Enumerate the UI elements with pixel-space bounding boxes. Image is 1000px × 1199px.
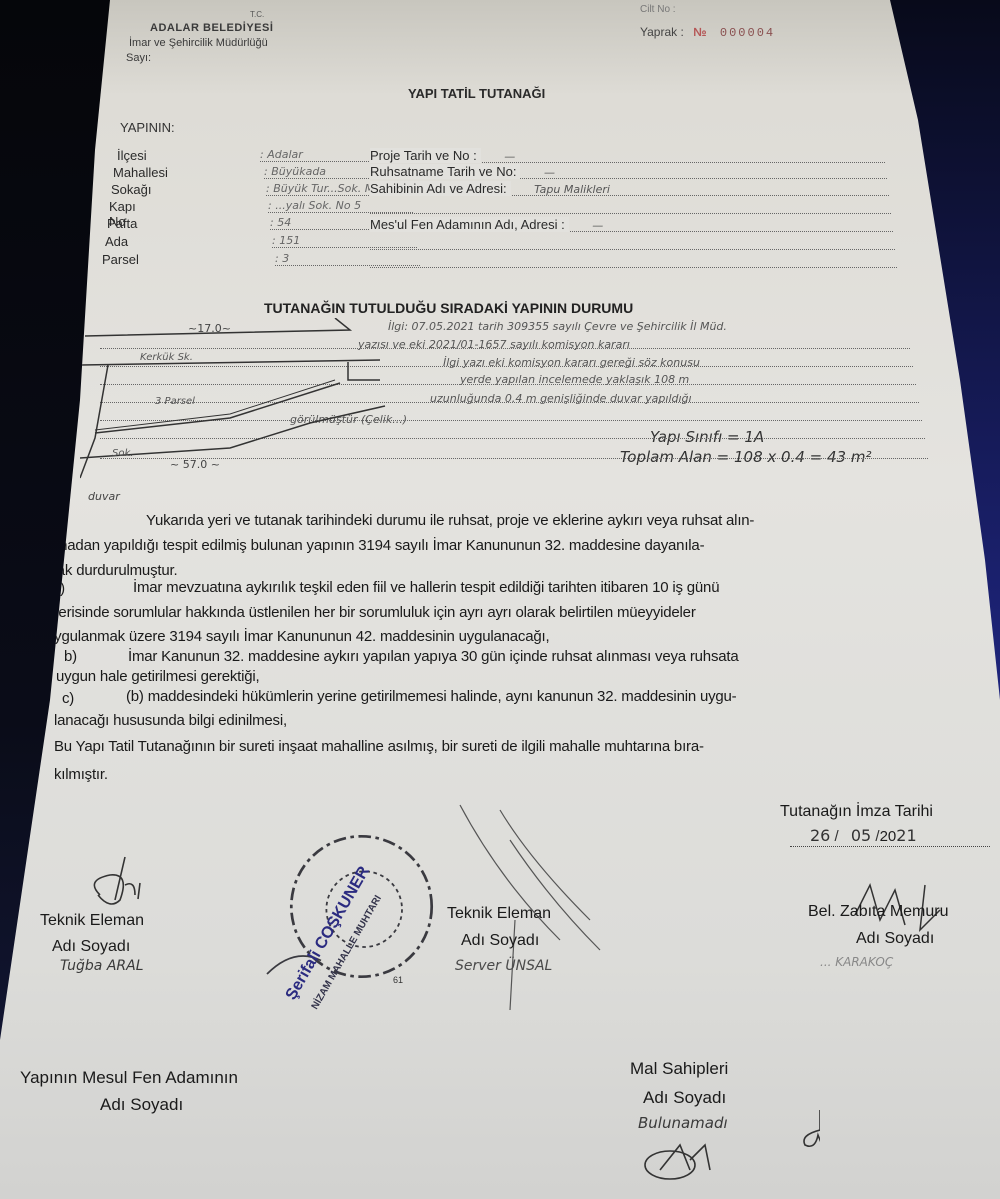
field-label: Mahallesi	[113, 165, 168, 180]
closing-1: Bu Yapı Tatil Tutanağının bir sureti inş…	[54, 738, 704, 755]
owners-title: Mal Sahipleri	[630, 1059, 728, 1079]
signature-owners-scribble	[640, 1100, 820, 1190]
closing-2: kılmıştır.	[54, 766, 108, 783]
field-label: Mes'ul Fen Adamının Adı, Adresi :	[370, 217, 569, 232]
status-line: Yapı Sınıfı = 1A	[650, 428, 764, 446]
right-field-row: Mes'ul Fen Adamının Adı, Adresi : —	[370, 216, 893, 232]
clause-b-2: uygun hale getirilmesi gerektiği,	[56, 668, 260, 685]
field-label: Proje Tarih ve No :	[370, 148, 481, 163]
tech2-sub: Adı Soyadı	[461, 932, 539, 950]
tech2-title: Teknik Eleman	[447, 905, 551, 923]
blank-line	[370, 198, 891, 214]
field-label: Sahibinin Adı ve Adresi:	[370, 181, 511, 196]
document-page: T.C. ADALAR BELEDİYESİ İmar ve Şehircili…	[0, 0, 1000, 1199]
clause-a-2: içerisinde sorumlular hakkında üstlenile…	[48, 604, 696, 621]
right-field-row: Ruhsatname Tarih ve No: —	[370, 163, 887, 179]
fen-title: Yapının Mesul Fen Adamının	[20, 1068, 238, 1088]
header-sayi: Sayı:	[126, 52, 151, 64]
field-value: —	[540, 166, 555, 179]
tech1-title: Teknik Eleman	[40, 912, 144, 930]
tech2-name: Server ÜNSAL	[455, 958, 552, 974]
blank-line	[370, 234, 895, 250]
number-sign: №	[693, 25, 706, 39]
blank-line	[370, 252, 897, 268]
sketch-wall-label: duvar	[88, 490, 121, 503]
document-title: YAPI TATİL TUTANAĞI	[408, 86, 545, 101]
fen-sub: Adı Soyadı	[100, 1095, 183, 1115]
cilt-label: Cilt No :	[640, 4, 676, 15]
clause-c-1: (b) maddesindeki hükümlerin yerine getir…	[126, 688, 736, 705]
clause-a-1: İmar mevzuatına aykırılık teşkil eden fi…	[133, 579, 719, 596]
header-organization: ADALAR BELEDİYESİ	[150, 22, 273, 34]
signature-date: 26 / 05 /2021	[790, 826, 990, 847]
right-field-row: Proje Tarih ve No : —	[370, 147, 885, 163]
tech1-sub: Adı Soyadı	[52, 938, 130, 956]
svg-text:61: 61	[393, 975, 403, 985]
field-label: Ada	[105, 234, 128, 249]
tech1-name: Tuğba ARAL	[60, 958, 144, 974]
status-heading: TUTANAĞIN TUTULDUĞU SIRADAKİ YAPININ DUR…	[264, 300, 633, 316]
header-tc: T.C.	[250, 10, 264, 19]
zabita-sub: Adı Soyadı	[856, 930, 934, 948]
status-line: Toplam Alan = 108 x 0.4 = 43 m²	[620, 448, 871, 466]
body-intro-2: madan yapıldığı tespit edilmiş bulunan y…	[55, 537, 704, 554]
clause-c-2: lanacağı hususunda bilgi edinilmesi,	[54, 712, 287, 729]
field-label: Pafta	[107, 216, 137, 231]
field-label: Ruhsatname Tarih ve No:	[370, 164, 520, 179]
clause-b-1: İmar Kanunun 32. maddesine aykırı yapıla…	[128, 648, 739, 665]
signature-tech1-scribble	[80, 855, 160, 915]
field-value: —	[589, 219, 604, 232]
sketch-bottom-length: ~ 57.0 ~	[170, 458, 220, 471]
status-line: İlgi yazı eki komisyon kararı gereği söz…	[443, 356, 700, 369]
body-intro-3: rak durdurulmuştur.	[52, 562, 177, 579]
field-value: Tapu Malikleri	[531, 183, 610, 196]
muhtar-stamp: Şerifali COŞKUNER NİZAM MAHALLE MUHTARI …	[262, 830, 452, 1010]
building-heading: YAPININ:	[120, 120, 175, 135]
zabita-title: Bel. Zabıta Memuru	[808, 903, 949, 921]
zabita-name: ... KARAKOÇ	[820, 955, 893, 969]
field-label: İlçesi	[117, 148, 147, 163]
svg-text:Sok.: Sok.	[112, 448, 133, 459]
site-sketch: ~17.0~ Kerkük Sk. 3 Parsel Sok. ~ 57.0 ~…	[80, 318, 440, 508]
yaprak-value: 000004	[720, 26, 775, 40]
clause-c-label: c)	[62, 690, 74, 707]
right-field-row: Sahibinin Adı ve Adresi: Tapu Malikleri	[370, 180, 889, 196]
field-value: —	[501, 150, 516, 163]
clause-a-3: uygulanmak üzere 3194 sayılı İmar Kanunu…	[46, 628, 549, 645]
field-label: Parsel	[102, 252, 139, 267]
yaprak-number: Yaprak : № 000004	[640, 25, 775, 40]
sketch-top-length: ~17.0~	[188, 322, 231, 335]
body-intro-1: Yukarıda yeri ve tutanak tarihindeki dur…	[146, 512, 754, 529]
field-label: Sokağı	[111, 182, 151, 197]
clause-b-label: b)	[64, 648, 77, 665]
svg-text:Kerkük Sk.: Kerkük Sk.	[140, 352, 193, 363]
status-line: uzunluğunda 0.4 m genişliğinde duvar yap…	[430, 392, 692, 405]
yaprak-label: Yaprak :	[640, 25, 684, 39]
signature-date-label: Tutanağın İmza Tarihi	[780, 803, 933, 821]
header-department: İmar ve Şehircilik Müdürlüğü	[129, 37, 268, 49]
svg-text:3 Parsel: 3 Parsel	[155, 396, 195, 407]
